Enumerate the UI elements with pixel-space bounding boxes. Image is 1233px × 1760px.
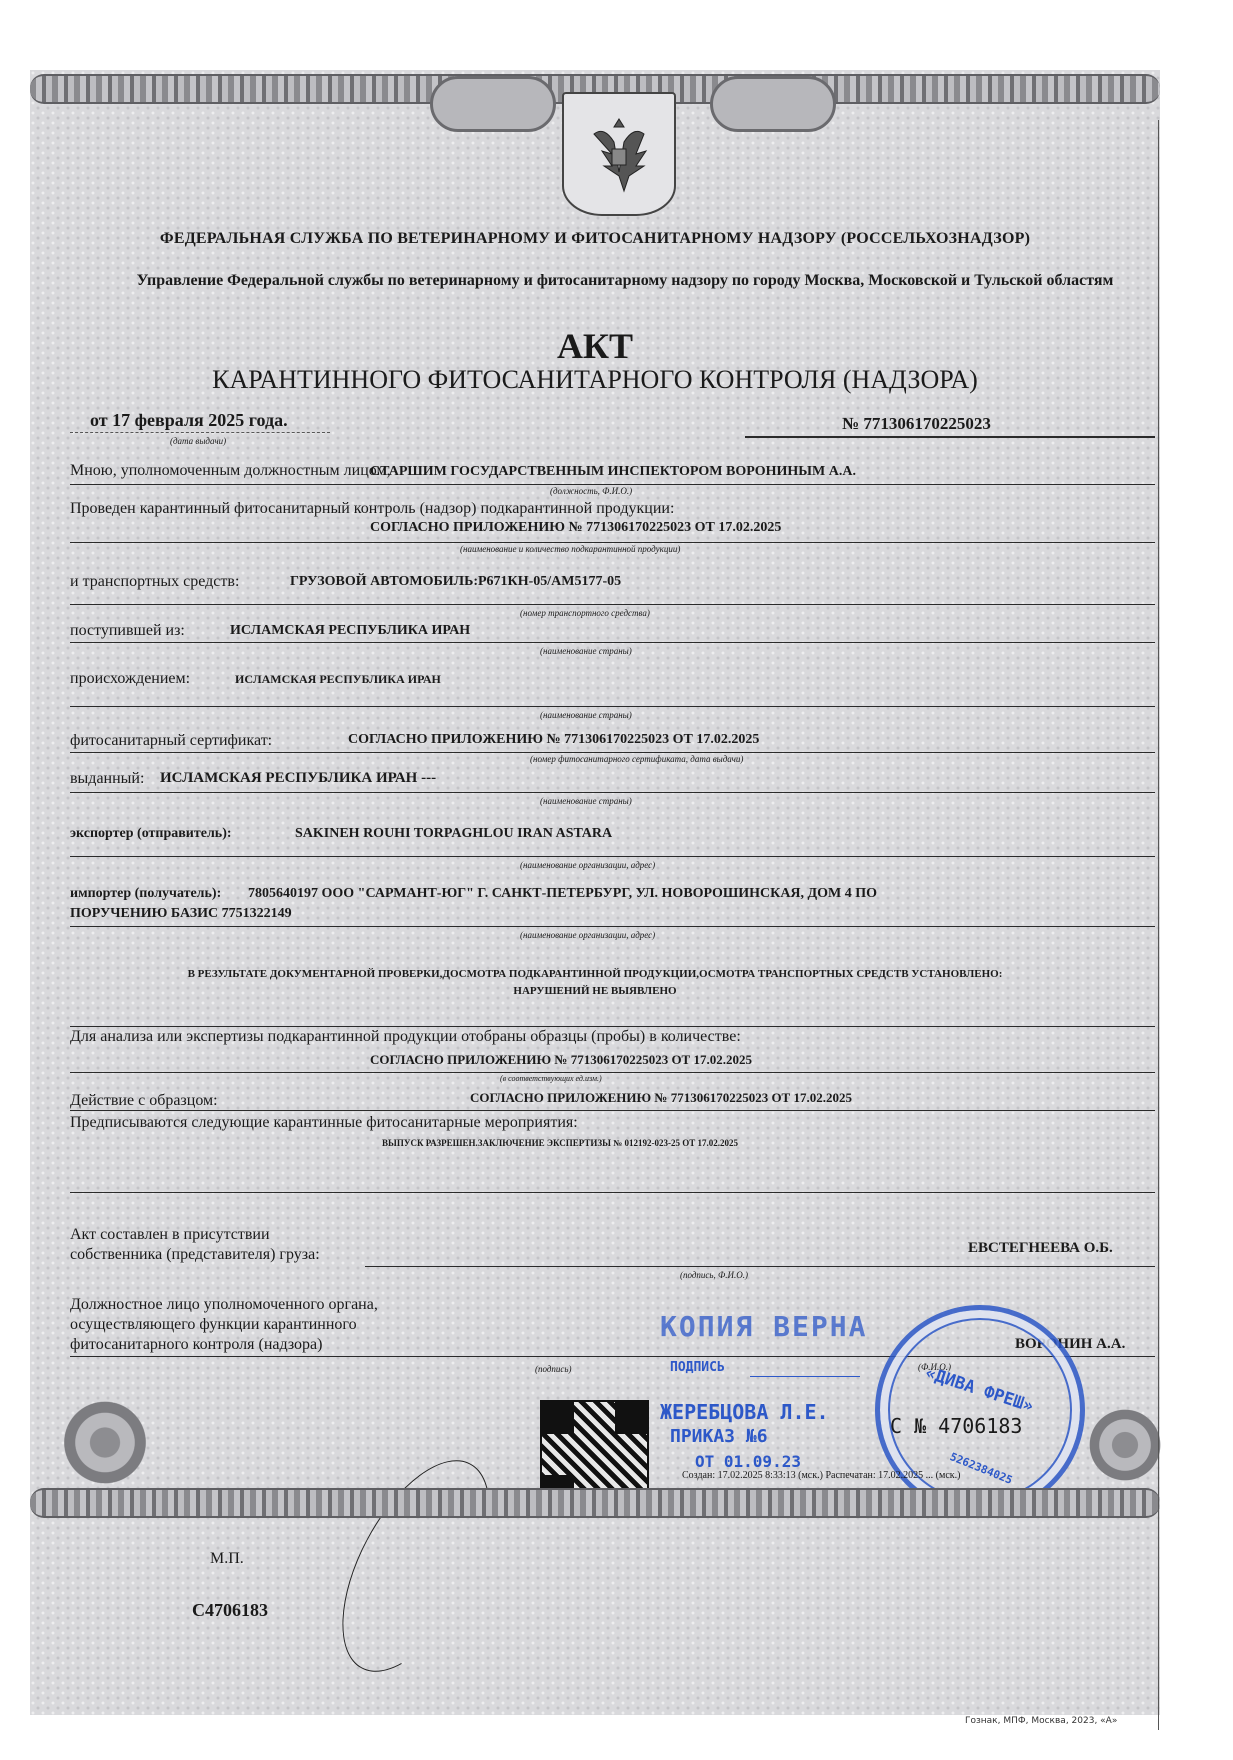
exporter-hint: (наименование организации, адрес) [520, 860, 655, 870]
seal-place: М.П. [210, 1550, 244, 1568]
company-seal-stamp [875, 1305, 1085, 1515]
document-number: № 771306170225023 [842, 414, 991, 434]
owner-label-line1: Акт составлен в присутствии [70, 1226, 270, 1244]
issue-date-hint: (дата выдачи) [170, 436, 226, 446]
printer-imprint: Гознак, МПФ, Москва, 2023, «А» [965, 1716, 1117, 1726]
signature-hint: (подпись) [535, 1364, 572, 1374]
measures-value: ВЫПУСК РАЗРЕШЕН.ЗАКЛЮЧЕНИЕ ЭКСПЕРТИЗЫ № … [382, 1138, 738, 1148]
cert-value: СОГЛАСНО ПРИЛОЖЕНИЮ № 771306170225023 ОТ… [348, 732, 759, 748]
exporter-label: экспортер (отправитель): [70, 826, 232, 842]
origin-hint: (наименование страны) [540, 710, 632, 720]
cert-label: фитосанитарный сертификат: [70, 732, 272, 750]
serial-number: С № 4706183 [890, 1414, 1022, 1438]
control-hint: (наименование и количество подкарантинно… [460, 544, 680, 554]
order-stamp: ПРИКАЗ №6 [670, 1426, 768, 1447]
importer-label: импортер (получатель): [70, 886, 221, 902]
result-line-2: НАРУШЕНИЙ НЕ ВЫЯВЛЕНО [30, 985, 1160, 997]
official-sign-label-line1: Должностное лицо уполномоченного органа, [70, 1296, 378, 1314]
importer-hint: (наименование организации, адрес) [520, 930, 655, 940]
origin-value: ИСЛАМСКАЯ РЕСПУБЛИКА ИРАН [235, 672, 441, 687]
ornamental-border-bottom [30, 1488, 1160, 1518]
order-date-stamp: ОТ 01.09.23 [695, 1452, 801, 1471]
action-label: Действие с образцом: [70, 1092, 218, 1110]
page-edge-rule [1158, 120, 1159, 1730]
control-label: Проведен карантинный фитосанитарный конт… [70, 500, 674, 518]
origin-label: происхождением: [70, 670, 190, 688]
signature-stamp-word: ПОДПИСЬ [670, 1360, 725, 1375]
official-hint: (должность, Ф.И.О.) [550, 486, 632, 496]
ornament-left-icon [430, 76, 556, 132]
result-line-1: В РЕЗУЛЬТАТЕ ДОКУМЕНТАРНОЙ ПРОВЕРКИ,ДОСМ… [30, 968, 1160, 980]
agency-name: ФЕДЕРАЛЬНАЯ СЛУЖБА ПО ВЕТЕРИНАРНОМУ И ФИ… [90, 230, 1100, 248]
transport-hint: (номер транспортного средства) [520, 608, 650, 618]
russian-coat-of-arms-icon [562, 92, 676, 216]
exporter-value: SAKINEH ROUHI TORPAGHLOU IRAN ASTARA [295, 826, 612, 842]
samples-value: СОГЛАСНО ПРИЛОЖЕНИЮ № 771306170225023 ОТ… [370, 1052, 752, 1068]
document-title: АКТ [30, 325, 1160, 367]
ornament-right-icon [710, 76, 836, 132]
action-value: СОГЛАСНО ПРИЛОЖЕНИЮ № 771306170225023 ОТ… [470, 1090, 852, 1106]
transport-label: и транспортных средств: [70, 573, 239, 591]
from-label: поступившей из: [70, 622, 185, 640]
from-value: ИСЛАМСКАЯ РЕСПУБЛИКА ИРАН [230, 623, 470, 639]
samples-label: Для анализа или экспертизы подкарантинно… [70, 1028, 741, 1046]
form-number: С4706183 [192, 1600, 268, 1621]
issued-value: ИСЛАМСКАЯ РЕСПУБЛИКА ИРАН --- [160, 770, 436, 787]
issued-label: выданный: [70, 770, 144, 788]
department-name: Управление Федеральной службы по ветерин… [90, 270, 1160, 291]
official-sign-label-line2: осуществляющего функции карантинного [70, 1316, 357, 1334]
measures-label: Предписываются следующие карантинные фит… [70, 1114, 578, 1132]
official-value: СТАРШИМ ГОСУДАРСТВЕННЫМ ИНСПЕКТОРОМ ВОРО… [370, 464, 856, 480]
act-document: ФЕДЕРАЛЬНАЯ СЛУЖБА ПО ВЕТЕРИНАРНОМУ И ФИ… [30, 70, 1160, 1715]
issued-hint: (наименование страны) [540, 796, 632, 806]
document-subtitle: КАРАНТИННОГО ФИТОСАНИТАРНОГО КОНТРОЛЯ (Н… [30, 365, 1160, 395]
from-hint: (наименование страны) [540, 646, 632, 656]
transport-value: ГРУЗОВОЙ АВТОМОБИЛЬ:Р671КН-05/АМ5177-05 [290, 574, 621, 590]
owner-hint: (подпись, Ф.И.О.) [680, 1270, 748, 1280]
official-sign-label-line3: фитосанитарного контроля (надзора) [70, 1336, 322, 1354]
owner-label-line2: собственника (представителя) груза: [70, 1246, 320, 1264]
official-label: Мною, уполномоченным должностным лицом, [70, 462, 391, 480]
corner-ornament-right-icon [1080, 1400, 1170, 1490]
copy-true-stamp: КОПИЯ ВЕРНА [660, 1310, 867, 1343]
created-timestamp: Создан: 17.02.2025 8:33:13 (мск.) Распеч… [682, 1470, 960, 1481]
notary-name-stamp: ЖЕРЕБЦОВА Л.Е. [660, 1400, 829, 1424]
samples-hint: (в соответствующих ед.изм.) [500, 1074, 602, 1083]
issue-date: от 17 февраля 2025 года. [90, 410, 288, 431]
owner-name: ЕВСТЕГНЕЕВА О.Б. [968, 1240, 1113, 1257]
control-value: СОГЛАСНО ПРИЛОЖЕНИЮ № 771306170225023 ОТ… [370, 520, 781, 536]
importer-value-line1: 7805640197 ООО "САРМАНТ-ЮГ" Г. САНКТ-ПЕТ… [248, 886, 877, 902]
handwritten-signature-icon [312, 1437, 520, 1694]
cert-hint: (номер фитосанитарного сертификата, дата… [530, 754, 743, 764]
importer-value-line2: ПОРУЧЕНИЮ БАЗИС 7751322149 [70, 906, 292, 922]
corner-ornament-left-icon [45, 1400, 165, 1485]
